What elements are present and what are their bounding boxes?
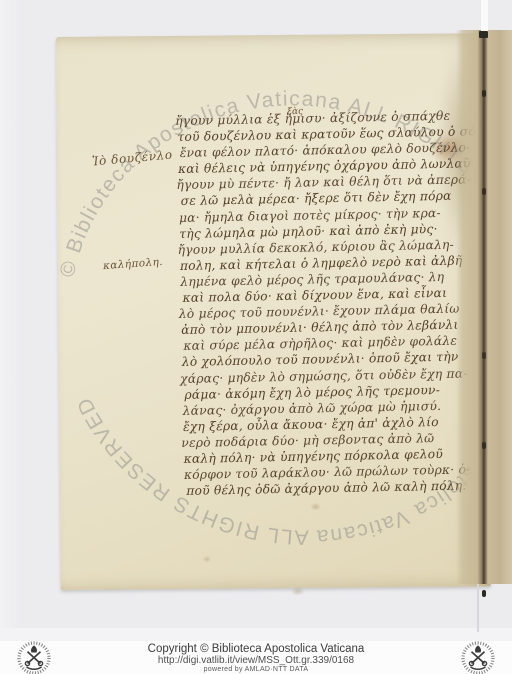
vatican-library-seal-right-icon [460, 640, 496, 674]
foxing-spot [203, 556, 212, 563]
digitized-manuscript-viewer: © Biblioteca Apostolica Vaticana ALL RIG… [0, 0, 512, 674]
vatican-library-seal-left-icon [16, 640, 52, 674]
footer-bar: Copyright © Biblioteca Apostolica Vatica… [0, 641, 512, 674]
foxing-spot [310, 503, 321, 511]
footer-url: http://digi.vatlib.it/view/MSS_Ott.gr.33… [0, 655, 512, 666]
crease-specks [482, 90, 486, 97]
footer-fade-band [0, 628, 512, 641]
page-edge-line [477, 584, 479, 632]
footer-powered-by: powered by AMLAD·NTT DATA [0, 666, 512, 674]
book-gutter-edge [456, 30, 512, 584]
manuscript-text-block: ἤγουν μύλλια ἑξ ἥμισυ· ἀξίζουνε ὁ σπάχθε… [177, 107, 476, 499]
binding-dark-mark [479, 31, 488, 38]
